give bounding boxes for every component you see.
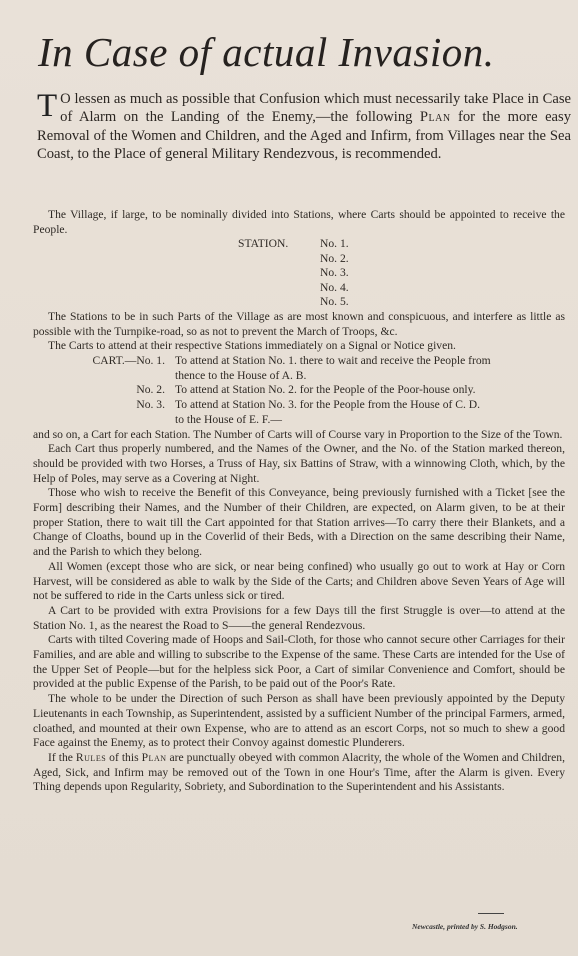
cart-continuation: thence to the House of A. B. [33, 369, 565, 384]
station-label: STATION. [238, 237, 320, 252]
cart-entry: No. 3. To attend at Station No. 3. for t… [33, 398, 565, 413]
rules-word: Rules [76, 751, 106, 764]
cart-label: CART.—No. 1. [33, 354, 175, 369]
plan-word: Plan [142, 751, 167, 764]
station-item: No. 2. [320, 252, 349, 267]
broadside-page: In Case of actual Invasion. TO lessen as… [0, 0, 578, 956]
station-item: No. 1. [320, 237, 349, 252]
final-paragraph: If the Rules of this Plan are punctually… [33, 751, 565, 795]
body-paragraph: Those who wish to receive the Benefit of… [33, 486, 565, 560]
document-title: In Case of actual Invasion. [38, 28, 578, 76]
cart-entry: CART.—No. 1. To attend at Station No. 1.… [33, 354, 565, 369]
closing-rule [478, 913, 504, 914]
printer-imprint: Newcastle, printed by S. Hodgson. [412, 922, 518, 931]
cart-continuation: to the House of E. F.— [33, 413, 565, 428]
station-item: No. 5. [320, 295, 349, 310]
village-paragraph: The Village, if large, to be nominally d… [33, 208, 565, 237]
carts-followup: and so on, a Cart for each Station. The … [33, 428, 565, 443]
cart-text: To attend at Station No. 3. for the Peop… [175, 398, 565, 413]
cart-label: No. 3. [33, 398, 175, 413]
intro-paragraph: TO lessen as much as possible that Confu… [37, 90, 571, 163]
body-paragraph: The whole to be under the Direction of s… [33, 692, 565, 751]
cart-label: No. 2. [33, 383, 175, 398]
stations-paragraph: The Stations to be in such Parts of the … [33, 310, 565, 339]
station-item: No. 3. [320, 266, 349, 281]
cart-entry: No. 2. To attend at Station No. 2. for t… [33, 383, 565, 398]
final-text-2: of this [106, 751, 141, 764]
station-list: STATION. No. 1. No. 2. No. 3. No. 4. No.… [238, 237, 565, 310]
body-paragraph: Carts with tilted Covering made of Hoops… [33, 633, 565, 692]
body-paragraph: Each Cart thus properly numbered, and th… [33, 442, 565, 486]
body-paragraph: All Women (except those who are sick, or… [33, 560, 565, 604]
carts-paragraph: The Carts to attend at their respective … [33, 339, 565, 354]
final-text-1: If the [48, 751, 76, 764]
body-paragraph: A Cart to be provided with extra Provisi… [33, 604, 565, 633]
cart-text: To attend at Station No. 2. for the Peop… [175, 383, 565, 398]
intro-plan-word: Plan [420, 109, 451, 125]
cart-text: To attend at Station No. 1. there to wai… [175, 354, 565, 369]
station-item: No. 4. [320, 281, 349, 296]
drop-cap: T [37, 93, 57, 119]
document-body: The Village, if large, to be nominally d… [33, 208, 565, 795]
